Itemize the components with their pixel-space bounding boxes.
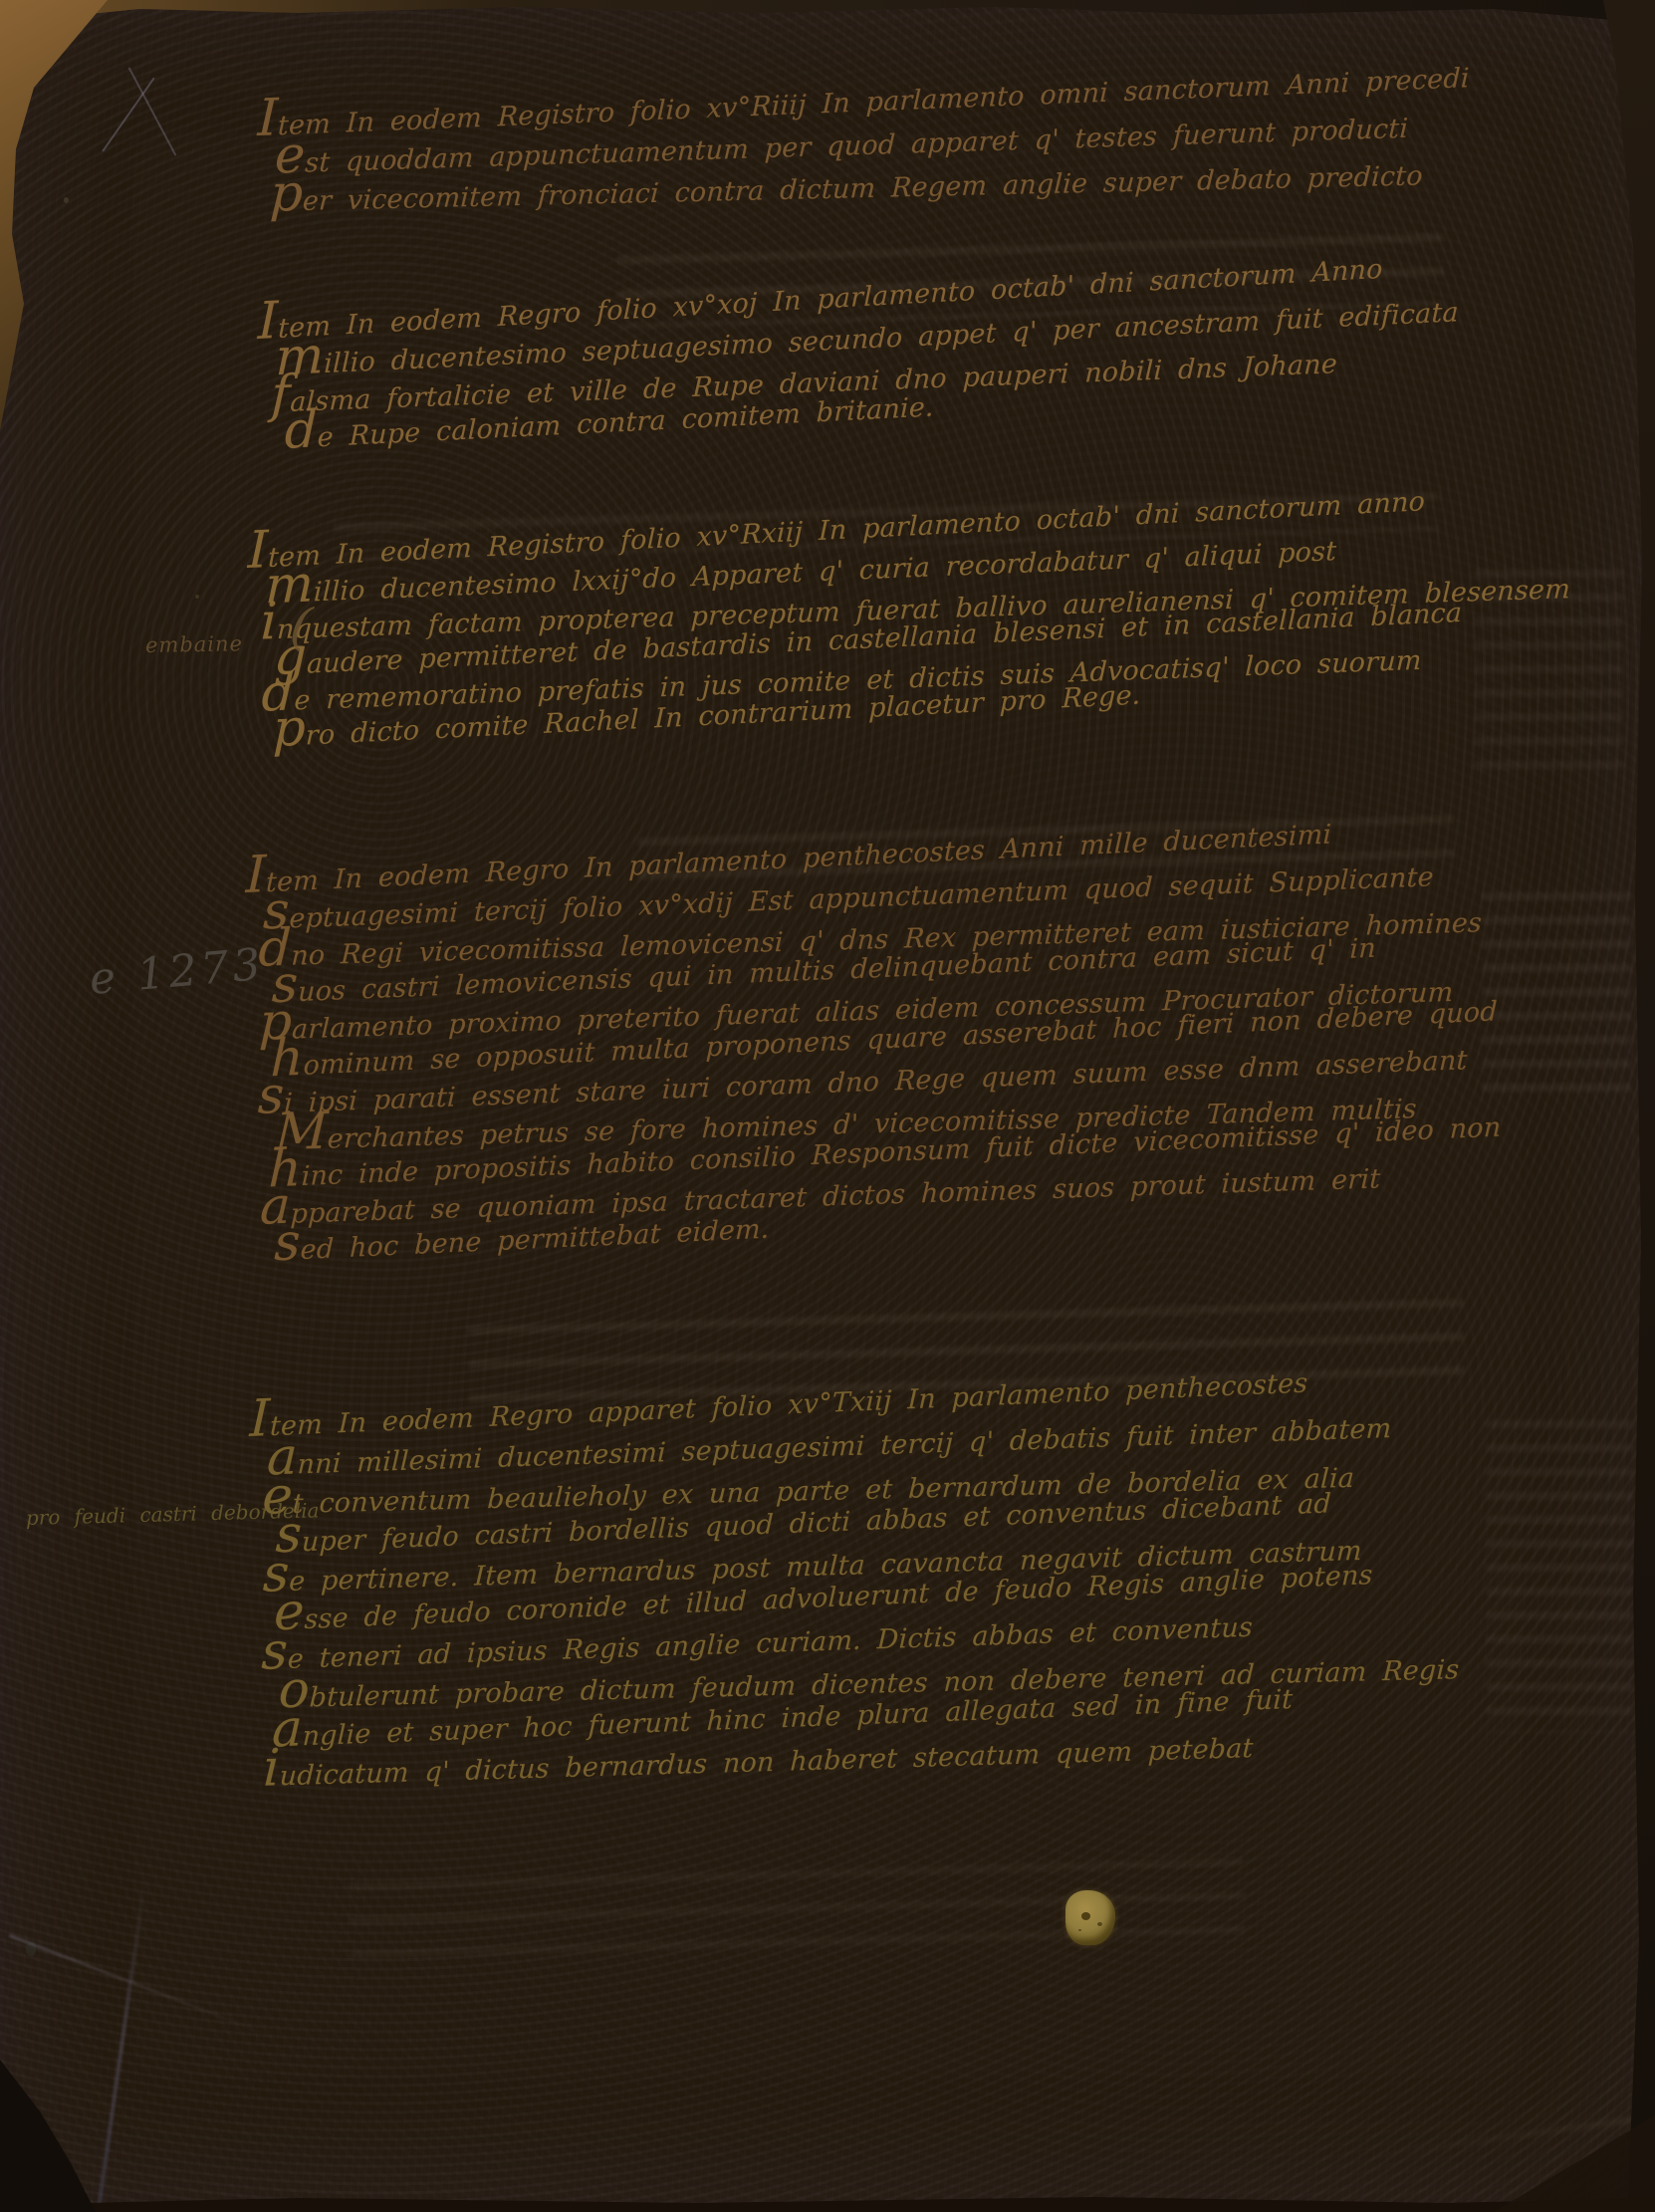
scratch-mark	[102, 78, 154, 152]
speck	[64, 197, 69, 203]
page-corner-bottom-right	[1484, 2106, 1655, 2212]
margin-note-embaine: embaine	[145, 631, 243, 657]
show-through-margin	[1482, 876, 1631, 1106]
manuscript-photo: Item In eodem Registro folio xv°Riiij In…	[0, 0, 1655, 2212]
page-corner-bottom-left	[0, 2052, 110, 2212]
ink-blot	[1065, 1890, 1115, 1945]
speck	[26, 1942, 36, 1956]
scratch-mark	[128, 67, 177, 155]
crease-line	[96, 1873, 148, 2212]
torn-corner-top-left	[0, 0, 139, 438]
page-edge-bottom	[0, 2191, 1655, 2212]
crease-line	[1365, 2112, 1655, 2160]
show-through-margin	[1486, 1404, 1633, 1733]
speck	[195, 595, 199, 599]
page-edge-top	[0, 0, 1655, 30]
margin-note-shelfmark: e 1273	[88, 939, 267, 1005]
parchment-page: Item In eodem Registro folio xv°Riiij In…	[0, 0, 1655, 2212]
page-edge-right	[1593, 0, 1655, 2212]
crease-line	[9, 1934, 270, 2037]
